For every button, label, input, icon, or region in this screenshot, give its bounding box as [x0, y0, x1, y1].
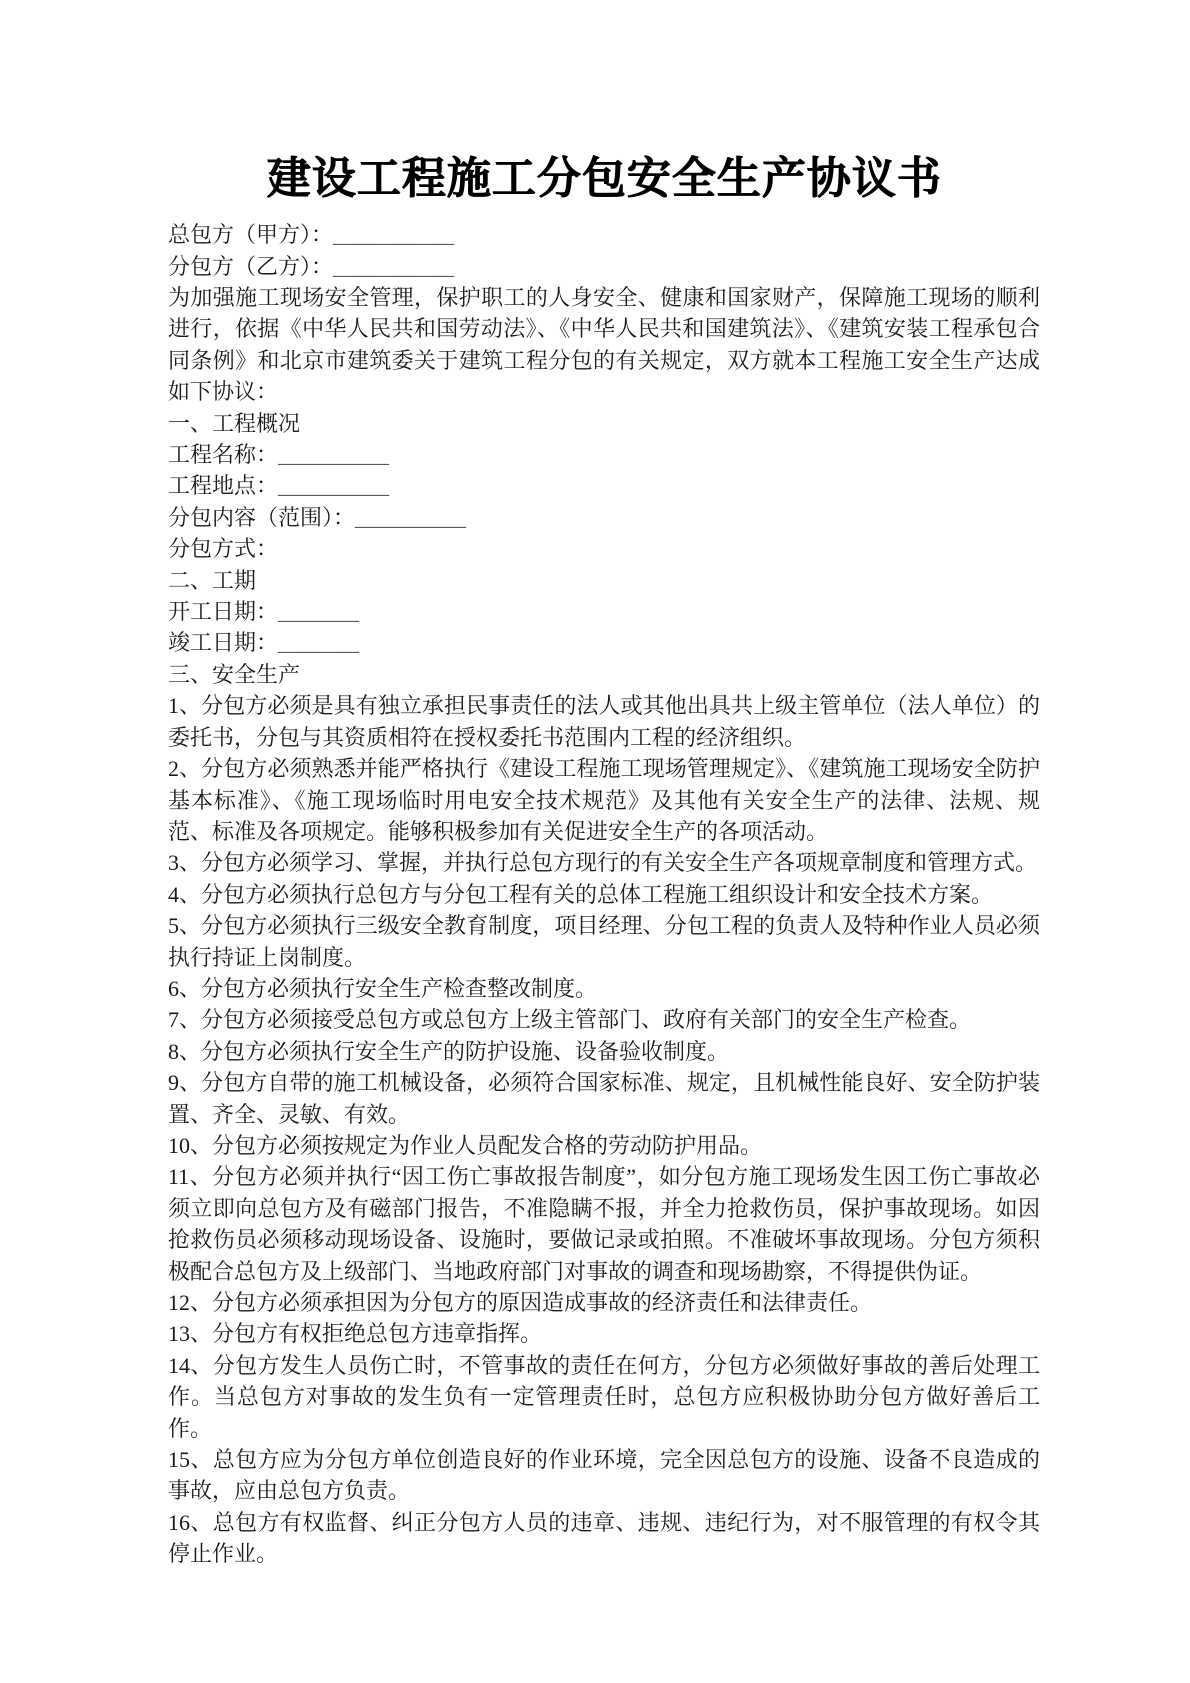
clause-2: 2、分包方必须熟悉并能严格执行《建设工程施工现场管理规定》、《建筑施工现场安全防… — [168, 753, 1040, 847]
clause-9: 9、分包方自带的施工机械设备，必须符合国家标准、规定，且机械性能良好、安全防护装… — [168, 1067, 1040, 1130]
clause-13: 13、分包方有权拒绝总包方违章指挥。 — [168, 1318, 1040, 1349]
field-general-contractor-line: 总包方（甲方）：____________ — [168, 219, 1040, 250]
clause-3: 3、分包方必须学习、掌握，并执行总包方现行的有关安全生产各项规章制度和管理方式。 — [168, 847, 1040, 878]
clause-5: 5、分包方必须执行三级安全教育制度，项目经理、分包工程的负责人及特种作业人员必须… — [168, 910, 1040, 973]
blank-line: ___________ — [355, 505, 465, 530]
clause-16: 16、总包方有权监督、纠正分包方人员的违章、违规、违纪行为，对不服管理的有权令其… — [168, 1507, 1040, 1570]
field-completion-date-line: 竣工日期：________ — [168, 627, 1040, 658]
clause-7: 7、分包方必须接受总包方或总包方上级主管部门、政府有关部门的安全生产检查。 — [168, 1004, 1040, 1035]
heading-section-two: 二、工期 — [168, 565, 1040, 596]
blank-line: ________ — [278, 630, 358, 655]
heading-section-three: 三、安全生产 — [168, 659, 1040, 690]
clause-14: 14、分包方发生人员伤亡时，不管事故的责任在何方，分包方必须做好事故的善后处理工… — [168, 1350, 1040, 1444]
field-start-date-label: 开工日期： — [168, 599, 278, 624]
clause-15: 15、总包方应为分包方单位创造良好的作业环境，完全因总包方的设施、设备不良造成的… — [168, 1444, 1040, 1507]
clause-4: 4、分包方必须执行总包方与分包工程有关的总体工程施工组织设计和安全技术方案。 — [168, 879, 1040, 910]
field-subcontract-method-line: 分包方式： — [168, 533, 1040, 564]
clause-6: 6、分包方必须执行安全生产检查整改制度。 — [168, 973, 1040, 1004]
blank-line: ____________ — [333, 222, 453, 247]
field-project-name-line: 工程名称：___________ — [168, 439, 1040, 470]
field-project-location-label: 工程地点： — [168, 473, 278, 498]
document-title: 建设工程施工分包安全生产协议书 — [168, 150, 1040, 207]
field-project-location-line: 工程地点：___________ — [168, 470, 1040, 501]
clause-8: 8、分包方必须执行安全生产的防护设施、设备验收制度。 — [168, 1036, 1040, 1067]
heading-section-one: 一、工程概况 — [168, 408, 1040, 439]
clause-11: 11、分包方必须并执行“因工伤亡事故报告制度”，如分包方施工现场发生因工伤亡事故… — [168, 1161, 1040, 1287]
blank-line: ___________ — [278, 442, 388, 467]
blank-line: ___________ — [278, 473, 388, 498]
field-completion-date-label: 竣工日期： — [168, 630, 278, 655]
field-start-date-line: 开工日期：________ — [168, 596, 1040, 627]
document-page: 建设工程施工分包安全生产协议书 总包方（甲方）：____________ 分包方… — [0, 0, 1190, 1683]
field-subcontract-scope-line: 分包内容（范围）：___________ — [168, 502, 1040, 533]
field-subcontract-scope-label: 分包内容（范围）： — [168, 505, 355, 530]
clause-10: 10、分包方必须按规定为作业人员配发合格的劳动防护用品。 — [168, 1130, 1040, 1161]
blank-line: ________ — [278, 599, 358, 624]
field-general-contractor-label: 总包方（甲方）： — [168, 222, 333, 247]
clause-1: 1、分包方必须是具有独立承担民事责任的法人或其他出具共上级主管单位（法人单位）的… — [168, 690, 1040, 753]
field-project-name-label: 工程名称： — [168, 442, 278, 467]
clause-12: 12、分包方必须承担因为分包方的原因造成事故的经济责任和法律责任。 — [168, 1287, 1040, 1318]
field-subcontractor-label: 分包方（乙方）： — [168, 254, 333, 279]
preamble-paragraph: 为加强施工现场安全管理，保护职工的人身安全、健康和国家财产，保障施工现场的顺利进… — [168, 282, 1040, 408]
blank-line: ____________ — [333, 254, 453, 279]
field-subcontractor-line: 分包方（乙方）：____________ — [168, 251, 1040, 282]
